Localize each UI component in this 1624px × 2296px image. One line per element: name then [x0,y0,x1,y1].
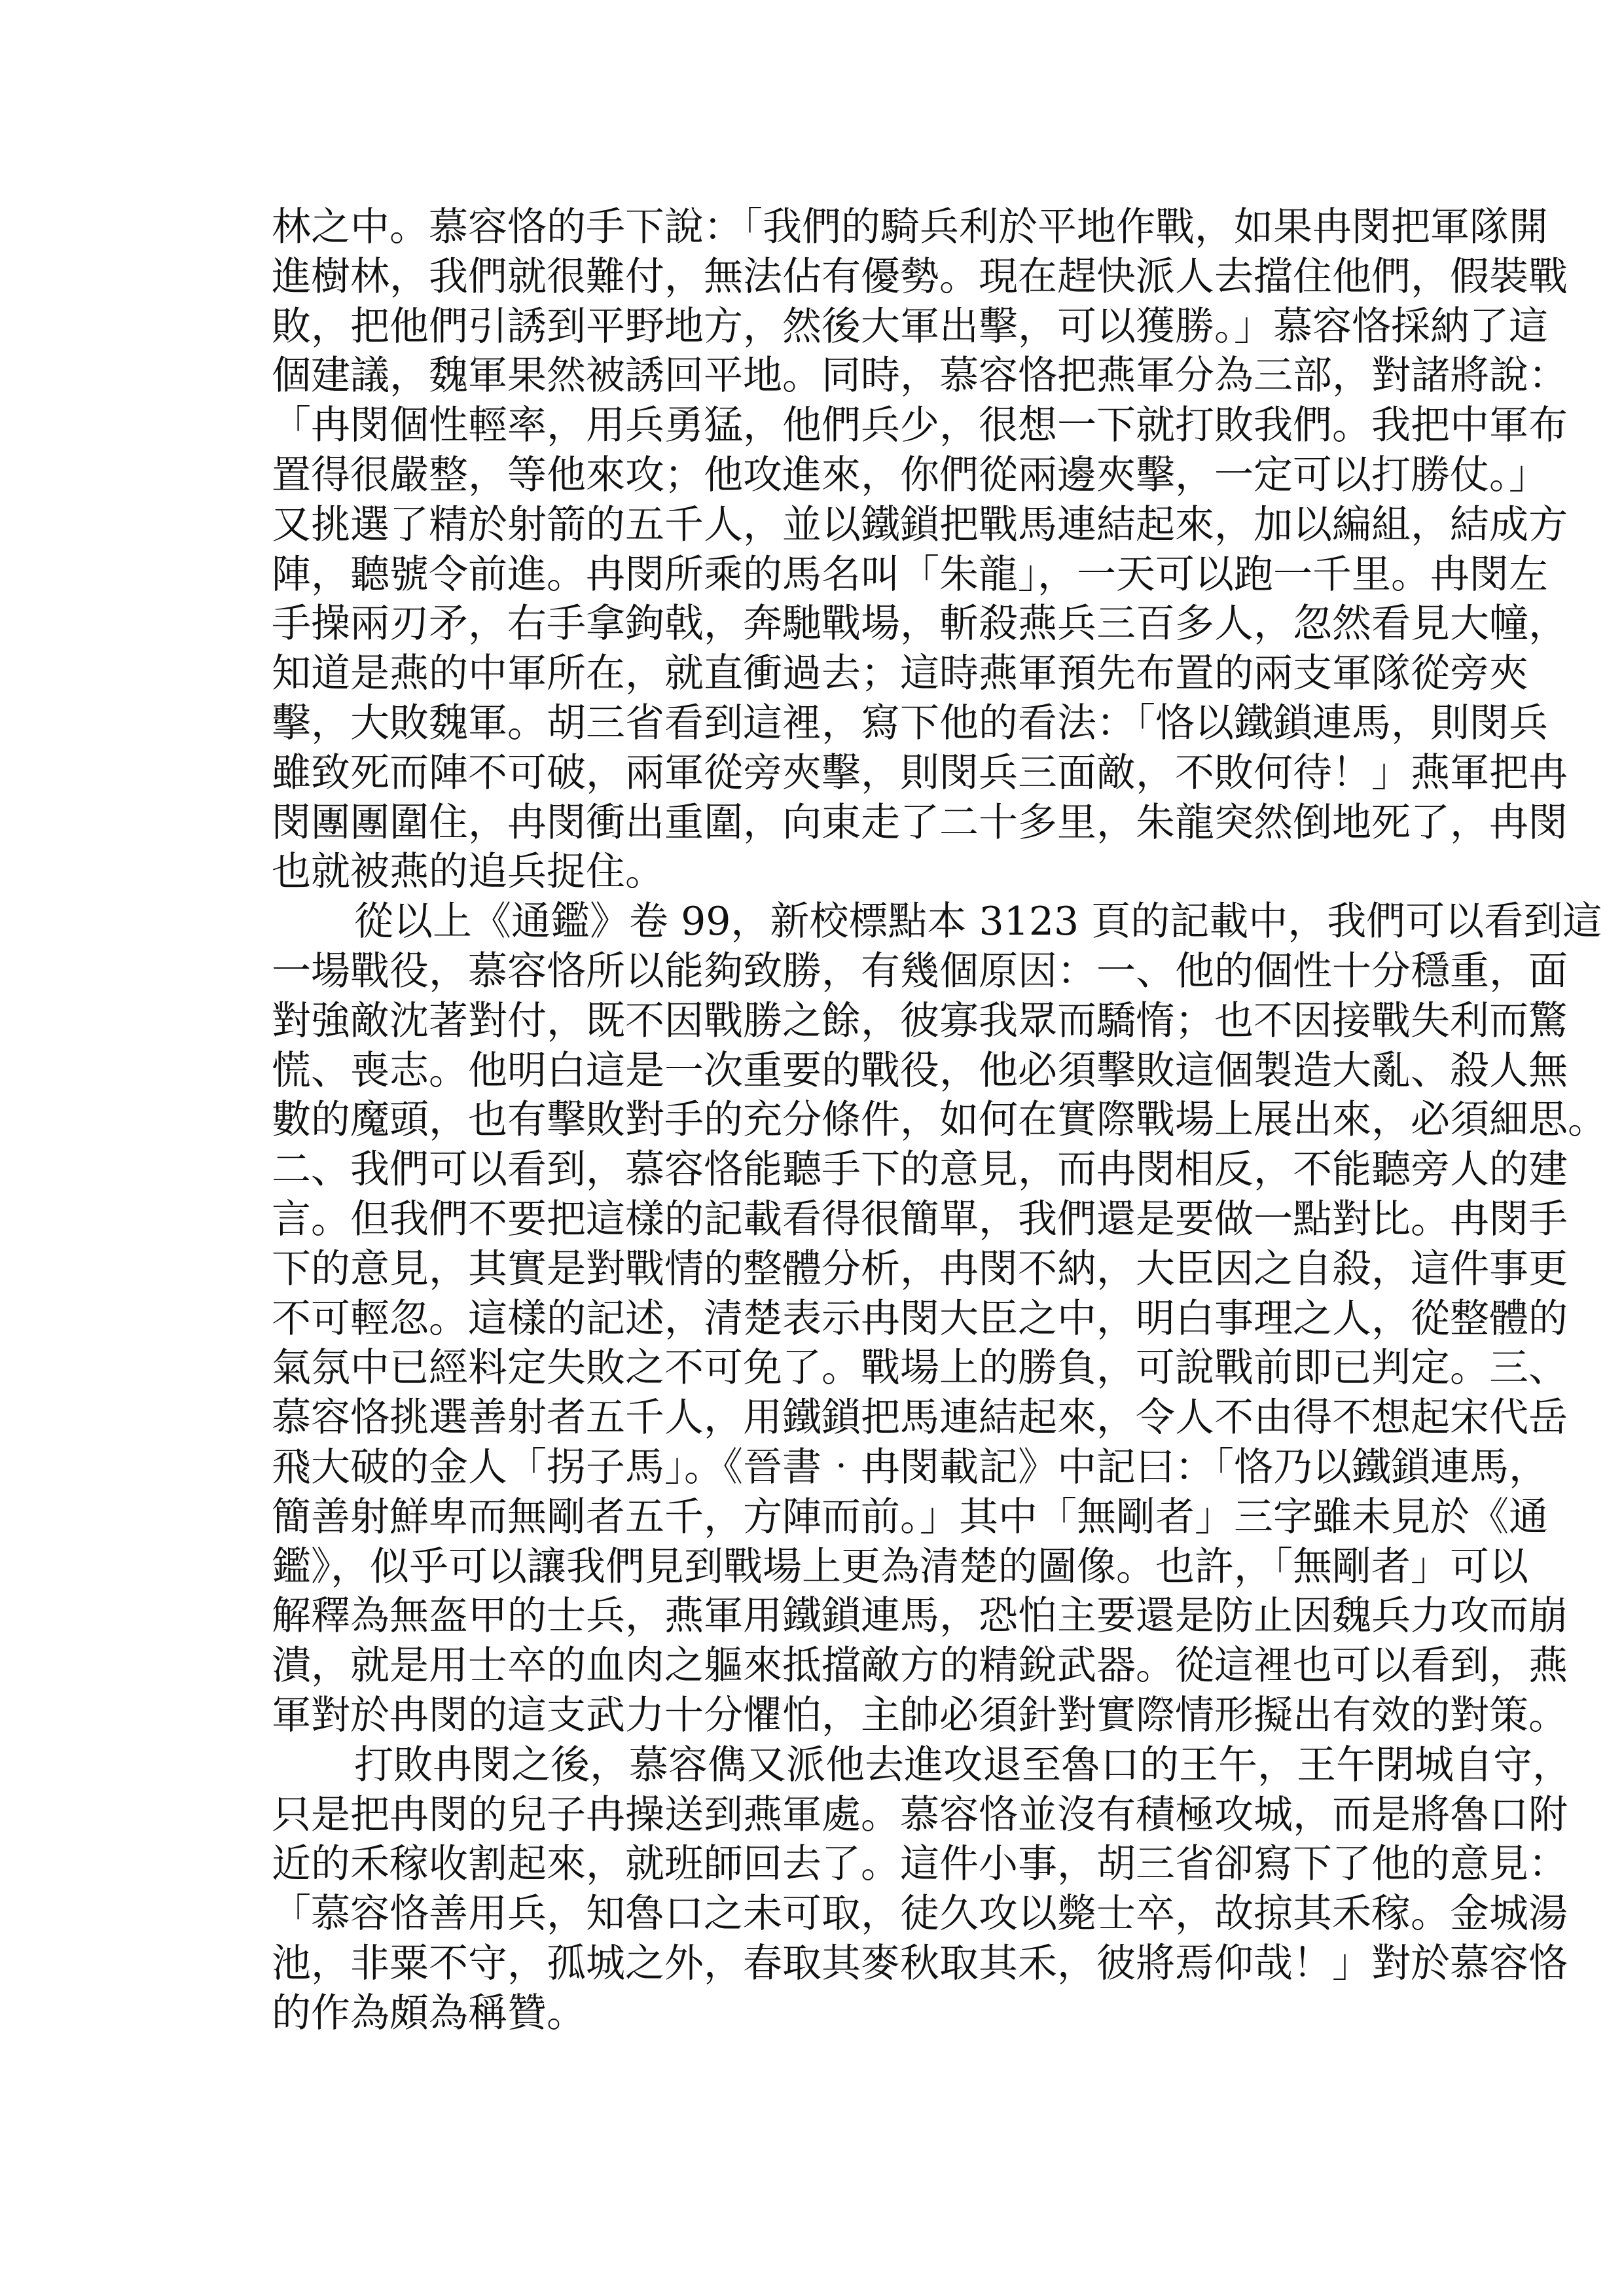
paragraph-3: 打敗冉閔之後，慕容儁又派他去進攻退至魯口的王午，王午閉城自守， 只是把冉閔的兒子… [272,1741,1348,2039]
text-line: 近的禾稼收割起來，就班師回去了。這件小事，胡三省卻寫下了他的意見： [272,1840,1348,1890]
text-line: 言。但我們不要把這樣的記載看得很簡單，我們還是要做一點對比。冉閔手 [272,1195,1348,1245]
text-line: 池，非粟不守，孤城之外，春取其麥秋取其禾，彼將焉仰哉！」對於慕容恪 [272,1939,1348,1989]
document-page: 林之中。慕容恪的手下說：「我們的騎兵利於平地作戰，如果冉閔把軍隊開 進樹林，我們… [272,203,1348,2038]
text-line: 「慕容恪善用兵，知魯口之未可取，徒久攻以斃士卒，故掠其禾稼。金城湯 [272,1890,1348,1939]
text-line: 林之中。慕容恪的手下說：「我們的騎兵利於平地作戰，如果冉閔把軍隊開 [272,203,1348,253]
text-line: 飛大破的金人「拐子馬」。《晉書‧冉閔載記》中記曰：「恪乃以鐵鎖連馬， [272,1443,1348,1493]
text-line: 手操兩刃矛，右手拿鉤戟，奔馳戰場，斬殺燕兵三百多人，忽然看見大幢， [272,600,1348,649]
text-line: 氣氛中已經料定失敗之不可免了。戰場上的勝負，可說戰前即已判定。三、 [272,1344,1348,1393]
text-line: 只是把冉閔的兒子冉操送到燕軍處。慕容恪並沒有積極攻城，而是將魯口附 [272,1791,1348,1840]
text-line: 數的魔頭，也有擊敗對手的充分條件，如何在實際戰場上展出來，必須細思。 [272,1096,1348,1145]
text-line: 置得很嚴整，等他來攻；他攻進來，你們從兩邊夾擊，一定可以打勝仗。」 [272,451,1348,501]
text-line: 雖致死而陣不可破，兩軍從旁夾擊，則閔兵三面敵，不敗何待！」燕軍把冉 [272,749,1348,798]
text-line: 的作為頗為稱贊。 [272,1989,1348,2039]
text-line: 對強敵沈著對付，既不因戰勝之餘，彼寡我眾而驕惰；也不因接戰失利而驚 [272,997,1348,1047]
text-line: 潰，就是用士卒的血肉之軀來抵擋敵方的精銳武器。從這裡也可以看到，燕 [272,1641,1348,1691]
text-line: 也就被燕的追兵捉住。 [272,848,1348,897]
text-line: 不可輕忽。這樣的記述，清楚表示冉閔大臣之中，明白事理之人，從整體的 [272,1295,1348,1344]
text-line: 軍對於冉閔的這支武力十分懼怕，主帥必須針對實際情形擬出有效的對策。 [272,1691,1348,1741]
text-line: 打敗冉閔之後，慕容儁又派他去進攻退至魯口的王午，王午閉城自守， [272,1741,1348,1791]
text-line: 進樹林，我們就很難付，無法佔有優勢。現在趕快派人去擋住他們，假裝戰 [272,253,1348,302]
paragraph-1: 林之中。慕容恪的手下說：「我們的騎兵利於平地作戰，如果冉閔把軍隊開 進樹林，我們… [272,203,1348,897]
text-line: 慌、喪志。他明白這是一次重要的戰役，他必須擊敗這個製造大亂、殺人無 [272,1047,1348,1096]
text-line: 個建議，魏軍果然被誘回平地。同時，慕容恪把燕軍分為三部，對諸將說： [272,351,1348,401]
text-line: 簡善射鮮卑而無剛者五千，方陣而前。」其中「無剛者」三字雖未見於《通 [272,1493,1348,1543]
text-line: 解釋為無盔甲的士兵，燕軍用鐵鎖連馬，恐怕主要還是防止因魏兵力攻而崩 [272,1592,1348,1641]
text-line: 鑑》，似乎可以讓我們見到戰場上更為清楚的圖像。也許，「無剛者」可以 [272,1543,1348,1592]
text-line: 二、我們可以看到，慕容恪能聽手下的意見，而冉閔相反，不能聽旁人的建 [272,1145,1348,1195]
text-line: 擊，大敗魏軍。胡三省看到這裡，寫下他的看法：「恪以鐵鎖連馬，則閔兵 [272,699,1348,749]
text-line: 又挑選了精於射箭的五千人，並以鐵鎖把戰馬連結起來，加以編組，結成方 [272,501,1348,550]
text-line: 知道是燕的中軍所在，就直衝過去；這時燕軍預先布置的兩支軍隊從旁夾 [272,649,1348,699]
text-line: 下的意見，其實是對戰情的整體分析，冉閔不納，大臣因之自殺，這件事更 [272,1245,1348,1295]
text-line: 從以上《通鑑》卷 99，新校標點本 3123 頁的記載中，我們可以看到這 [272,897,1348,947]
text-line: 閔團團圍住，冉閔衝出重圍，向東走了二十多里，朱龍突然倒地死了，冉閔 [272,798,1348,848]
text-line: 一場戰役，慕容恪所以能夠致勝，有幾個原因：一、他的個性十分穩重，面 [272,947,1348,997]
text-line: 陣，聽號令前進。冉閔所乘的馬名叫「朱龍」，一天可以跑一千里。冉閔左 [272,550,1348,600]
paragraph-2: 從以上《通鑑》卷 99，新校標點本 3123 頁的記載中，我們可以看到這 一場戰… [272,897,1348,1741]
text-line: 「冉閔個性輕率，用兵勇猛，他們兵少，很想一下就打敗我們。我把中軍布 [272,401,1348,451]
text-line: 敗，把他們引誘到平野地方，然後大軍出擊，可以獲勝。」慕容恪採納了這 [272,302,1348,352]
text-line: 慕容恪挑選善射者五千人，用鐵鎖把馬連結起來，令人不由得不想起宋代岳 [272,1393,1348,1443]
